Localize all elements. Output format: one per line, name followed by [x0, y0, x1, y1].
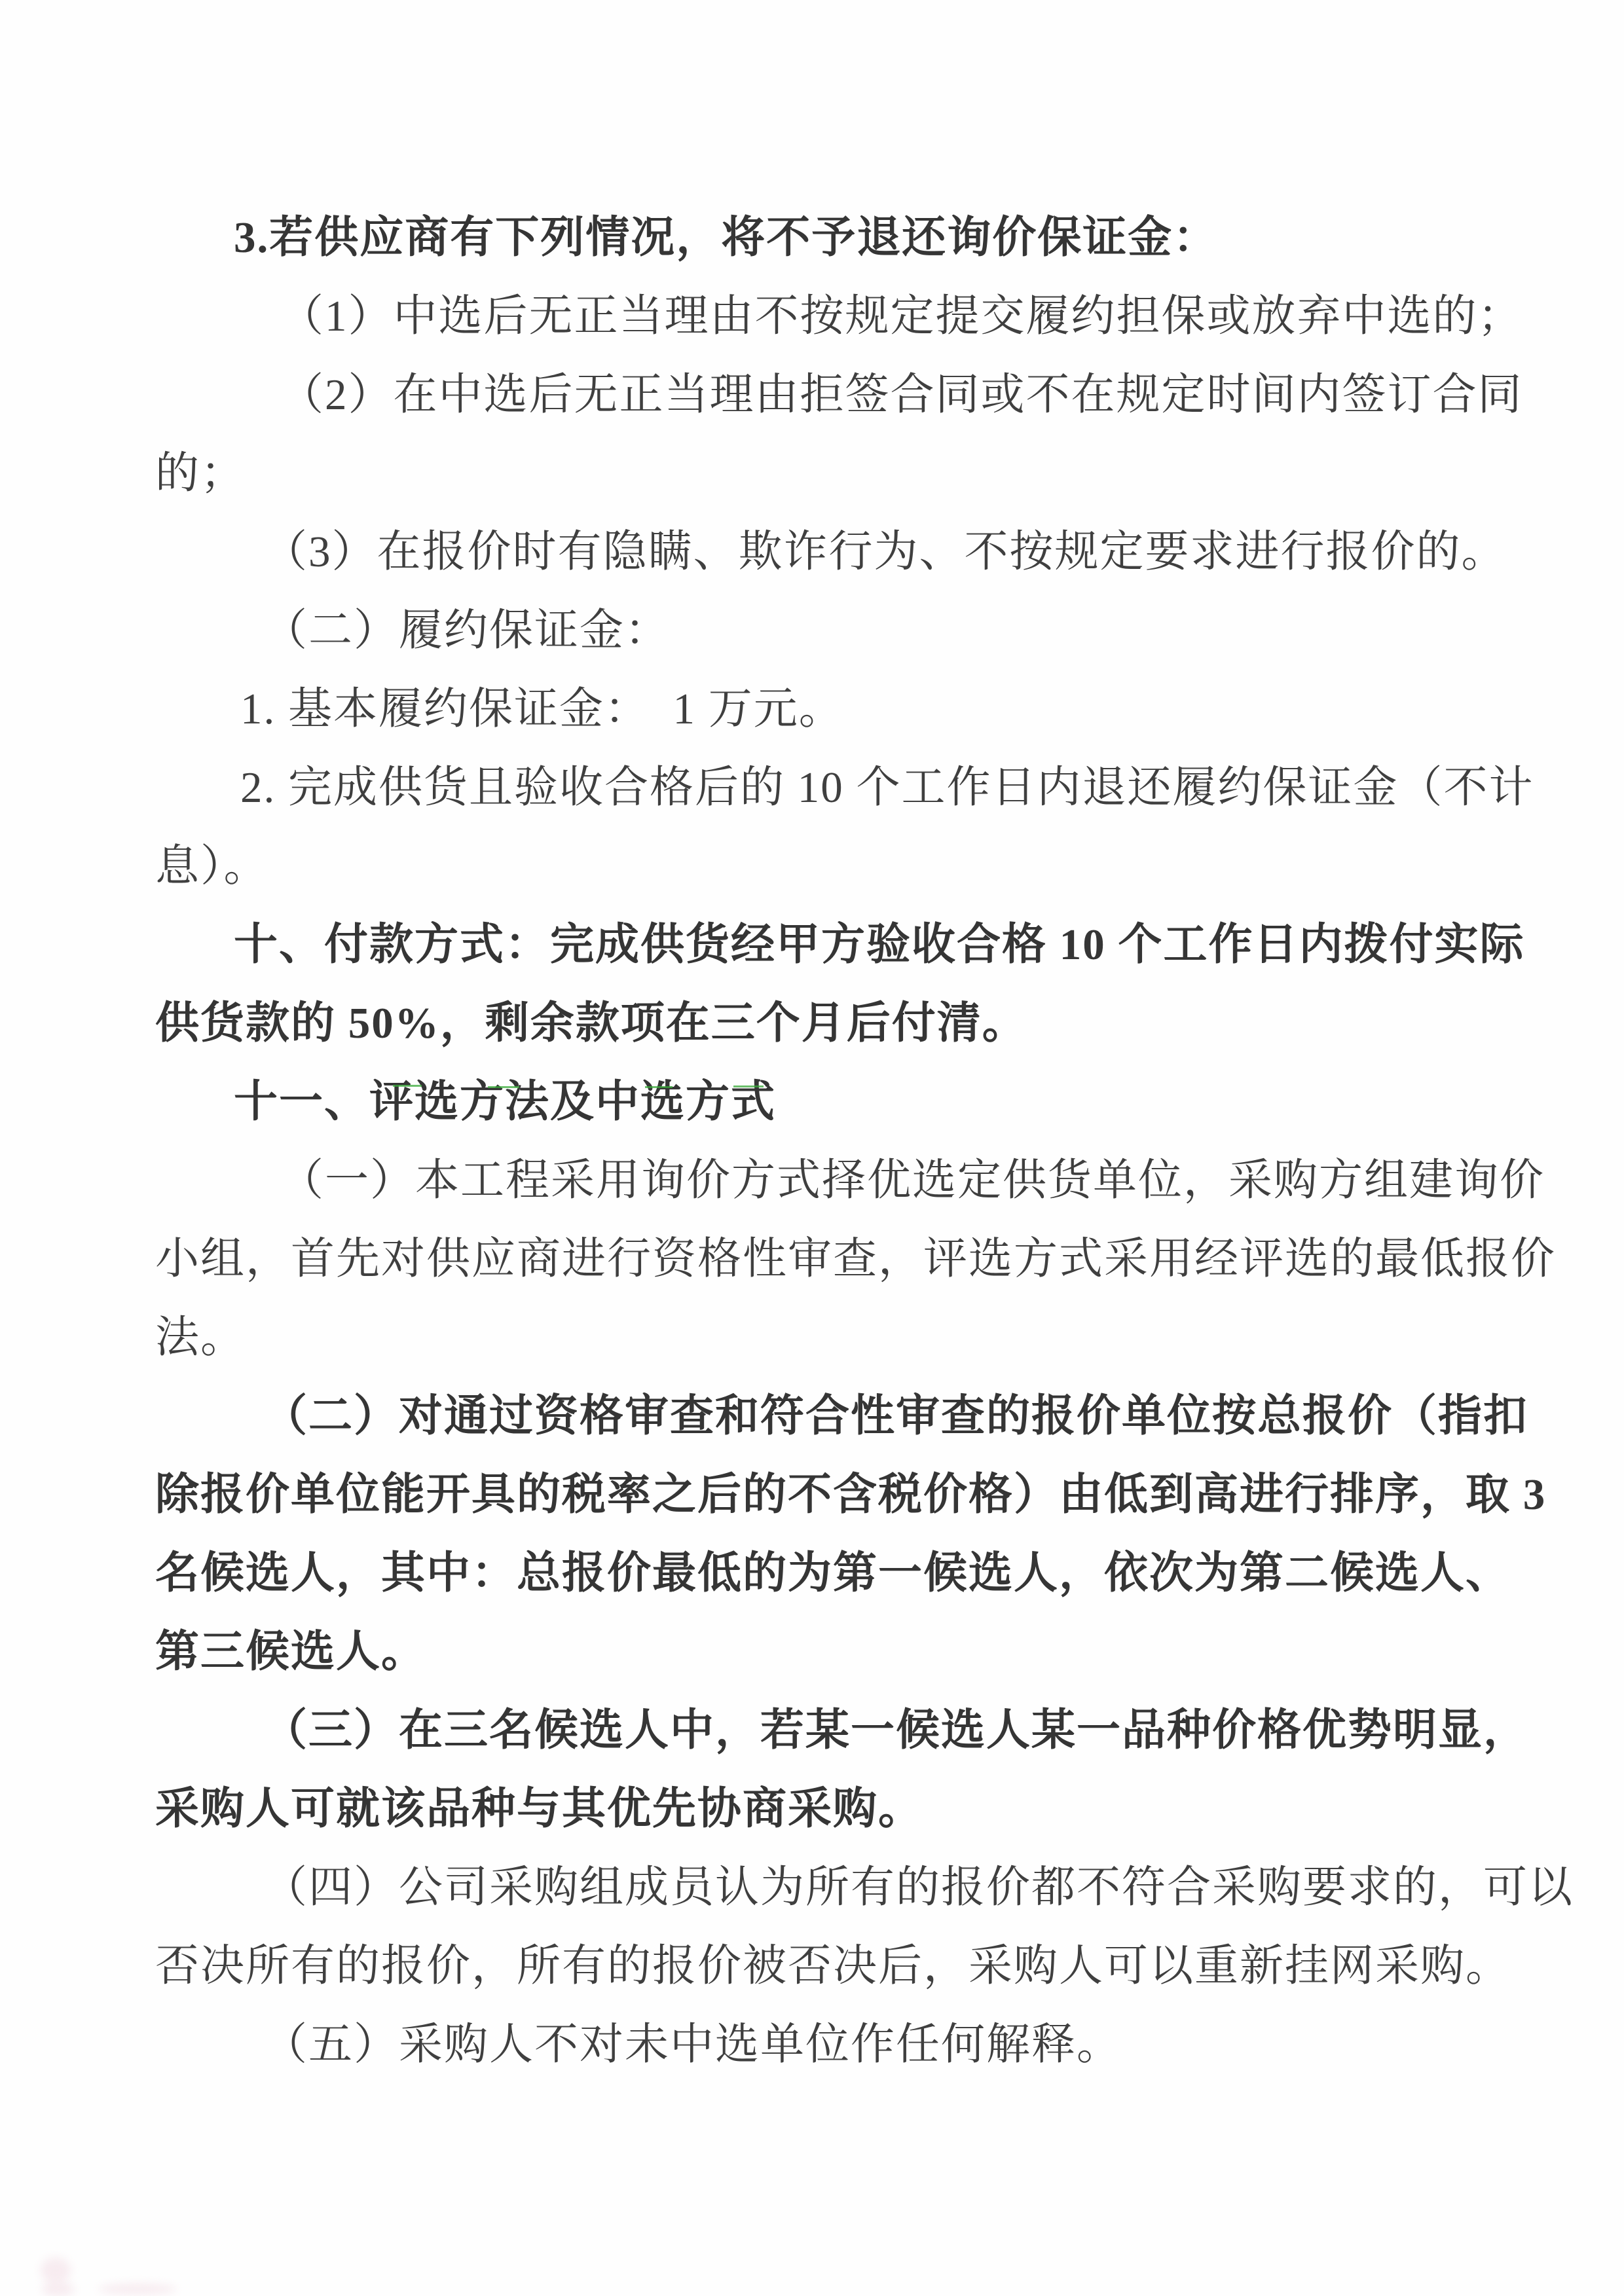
- section-heading-selection-method: 十一、评选方法及中选方式: [155, 1063, 1517, 1141]
- paragraph-line-item-2: （2）在中选后无正当理由拒签合同或不在规定时间内签订合同: [155, 355, 1517, 434]
- section-heading-payment-label: 十、付款方式：: [234, 920, 550, 969]
- paragraph-line-payment-terms: 十、付款方式：完成供货经甲方验收合格 10 个工作日内拨付实际: [155, 905, 1517, 984]
- paragraph-line-method-2-end: 第三候选人。: [155, 1613, 1517, 1691]
- paragraph-line-method-1-end: 法。: [155, 1298, 1517, 1377]
- paragraph-line-deposit-forfeit: 3.若供应商有下列情况，将不予退还询价保证金：: [155, 198, 1517, 277]
- payment-terms-text: 完成供货经甲方验收合格 10 个工作日内拨付实际: [550, 920, 1525, 969]
- paragraph-line-item-2-cont: 的；: [155, 434, 1517, 513]
- paragraph-line-payment-terms-cont: 供货款的 50%，剩余款项在三个月后付清。: [155, 984, 1517, 1063]
- document-body: 3.若供应商有下列情况，将不予退还询价保证金： （1）中选后无正当理由不按规定提…: [155, 198, 1517, 2084]
- scan-smudge: [42, 2282, 75, 2296]
- scan-artifact-green-dash: [733, 1085, 764, 1087]
- paragraph-line-method-2-cont: 除报价单位能开具的税率之后的不含税价格）由低到高进行排序，取 3: [155, 1455, 1517, 1534]
- paragraph-line-method-5: （五）采购人不对未中选单位作任何解释。: [155, 2005, 1517, 2084]
- paragraph-line-performance-bond-heading: （二）履约保证金：: [155, 591, 1517, 670]
- paragraph-line-method-2: （二）对通过资格审查和符合性审查的报价单位按总报价（指扣: [155, 1377, 1517, 1455]
- paragraph-line-method-3-cont: 采购人可就该品种与其优先协商采购。: [155, 1770, 1517, 1848]
- paragraph-line-method-1: （一）本工程采用询价方式择优选定供货单位，采购方组建询价: [155, 1141, 1517, 1220]
- paragraph-line-bond-amount: 1. 基本履约保证金： 1 万元。: [155, 670, 1517, 748]
- scan-artifact-green-dash: [393, 1085, 422, 1087]
- scanned-document-page: 3.若供应商有下列情况，将不予退还询价保证金： （1）中选后无正当理由不按规定提…: [0, 0, 1624, 2296]
- paragraph-line-method-3: （三）在三名候选人中，若某一候选人某一品种价格优势明显，: [155, 1691, 1517, 1770]
- paragraph-line-item-3: （3）在报价时有隐瞒、欺诈行为、不按规定要求进行报价的。: [155, 513, 1517, 591]
- paragraph-line-method-2-cont2: 名候选人，其中：总报价最低的为第一候选人，依次为第二候选人、: [155, 1534, 1517, 1613]
- scan-artifact-green-dash: [645, 1086, 673, 1088]
- paragraph-line-item-1: （1）中选后无正当理由不按规定提交履约担保或放弃中选的；: [155, 277, 1517, 355]
- scan-smudge: [41, 2257, 71, 2284]
- paragraph-line-bond-refund-cont: 息）。: [155, 827, 1517, 905]
- paragraph-line-method-4: （四）公司采购组成员认为所有的报价都不符合采购要求的，可以: [155, 1848, 1517, 1927]
- paragraph-line-method-1-cont: 小组，首先对供应商进行资格性审查，评选方式采用经评选的最低报价: [155, 1220, 1517, 1298]
- scan-artifact-green-dash: [488, 1086, 519, 1088]
- paragraph-line-method-4-cont: 否决所有的报价，所有的报价被否决后，采购人可以重新挂网采购。: [155, 1927, 1517, 2005]
- scan-smudge: [98, 2284, 177, 2295]
- paragraph-line-bond-refund: 2. 完成供货且验收合格后的 10 个工作日内退还履约保证金（不计: [155, 748, 1517, 827]
